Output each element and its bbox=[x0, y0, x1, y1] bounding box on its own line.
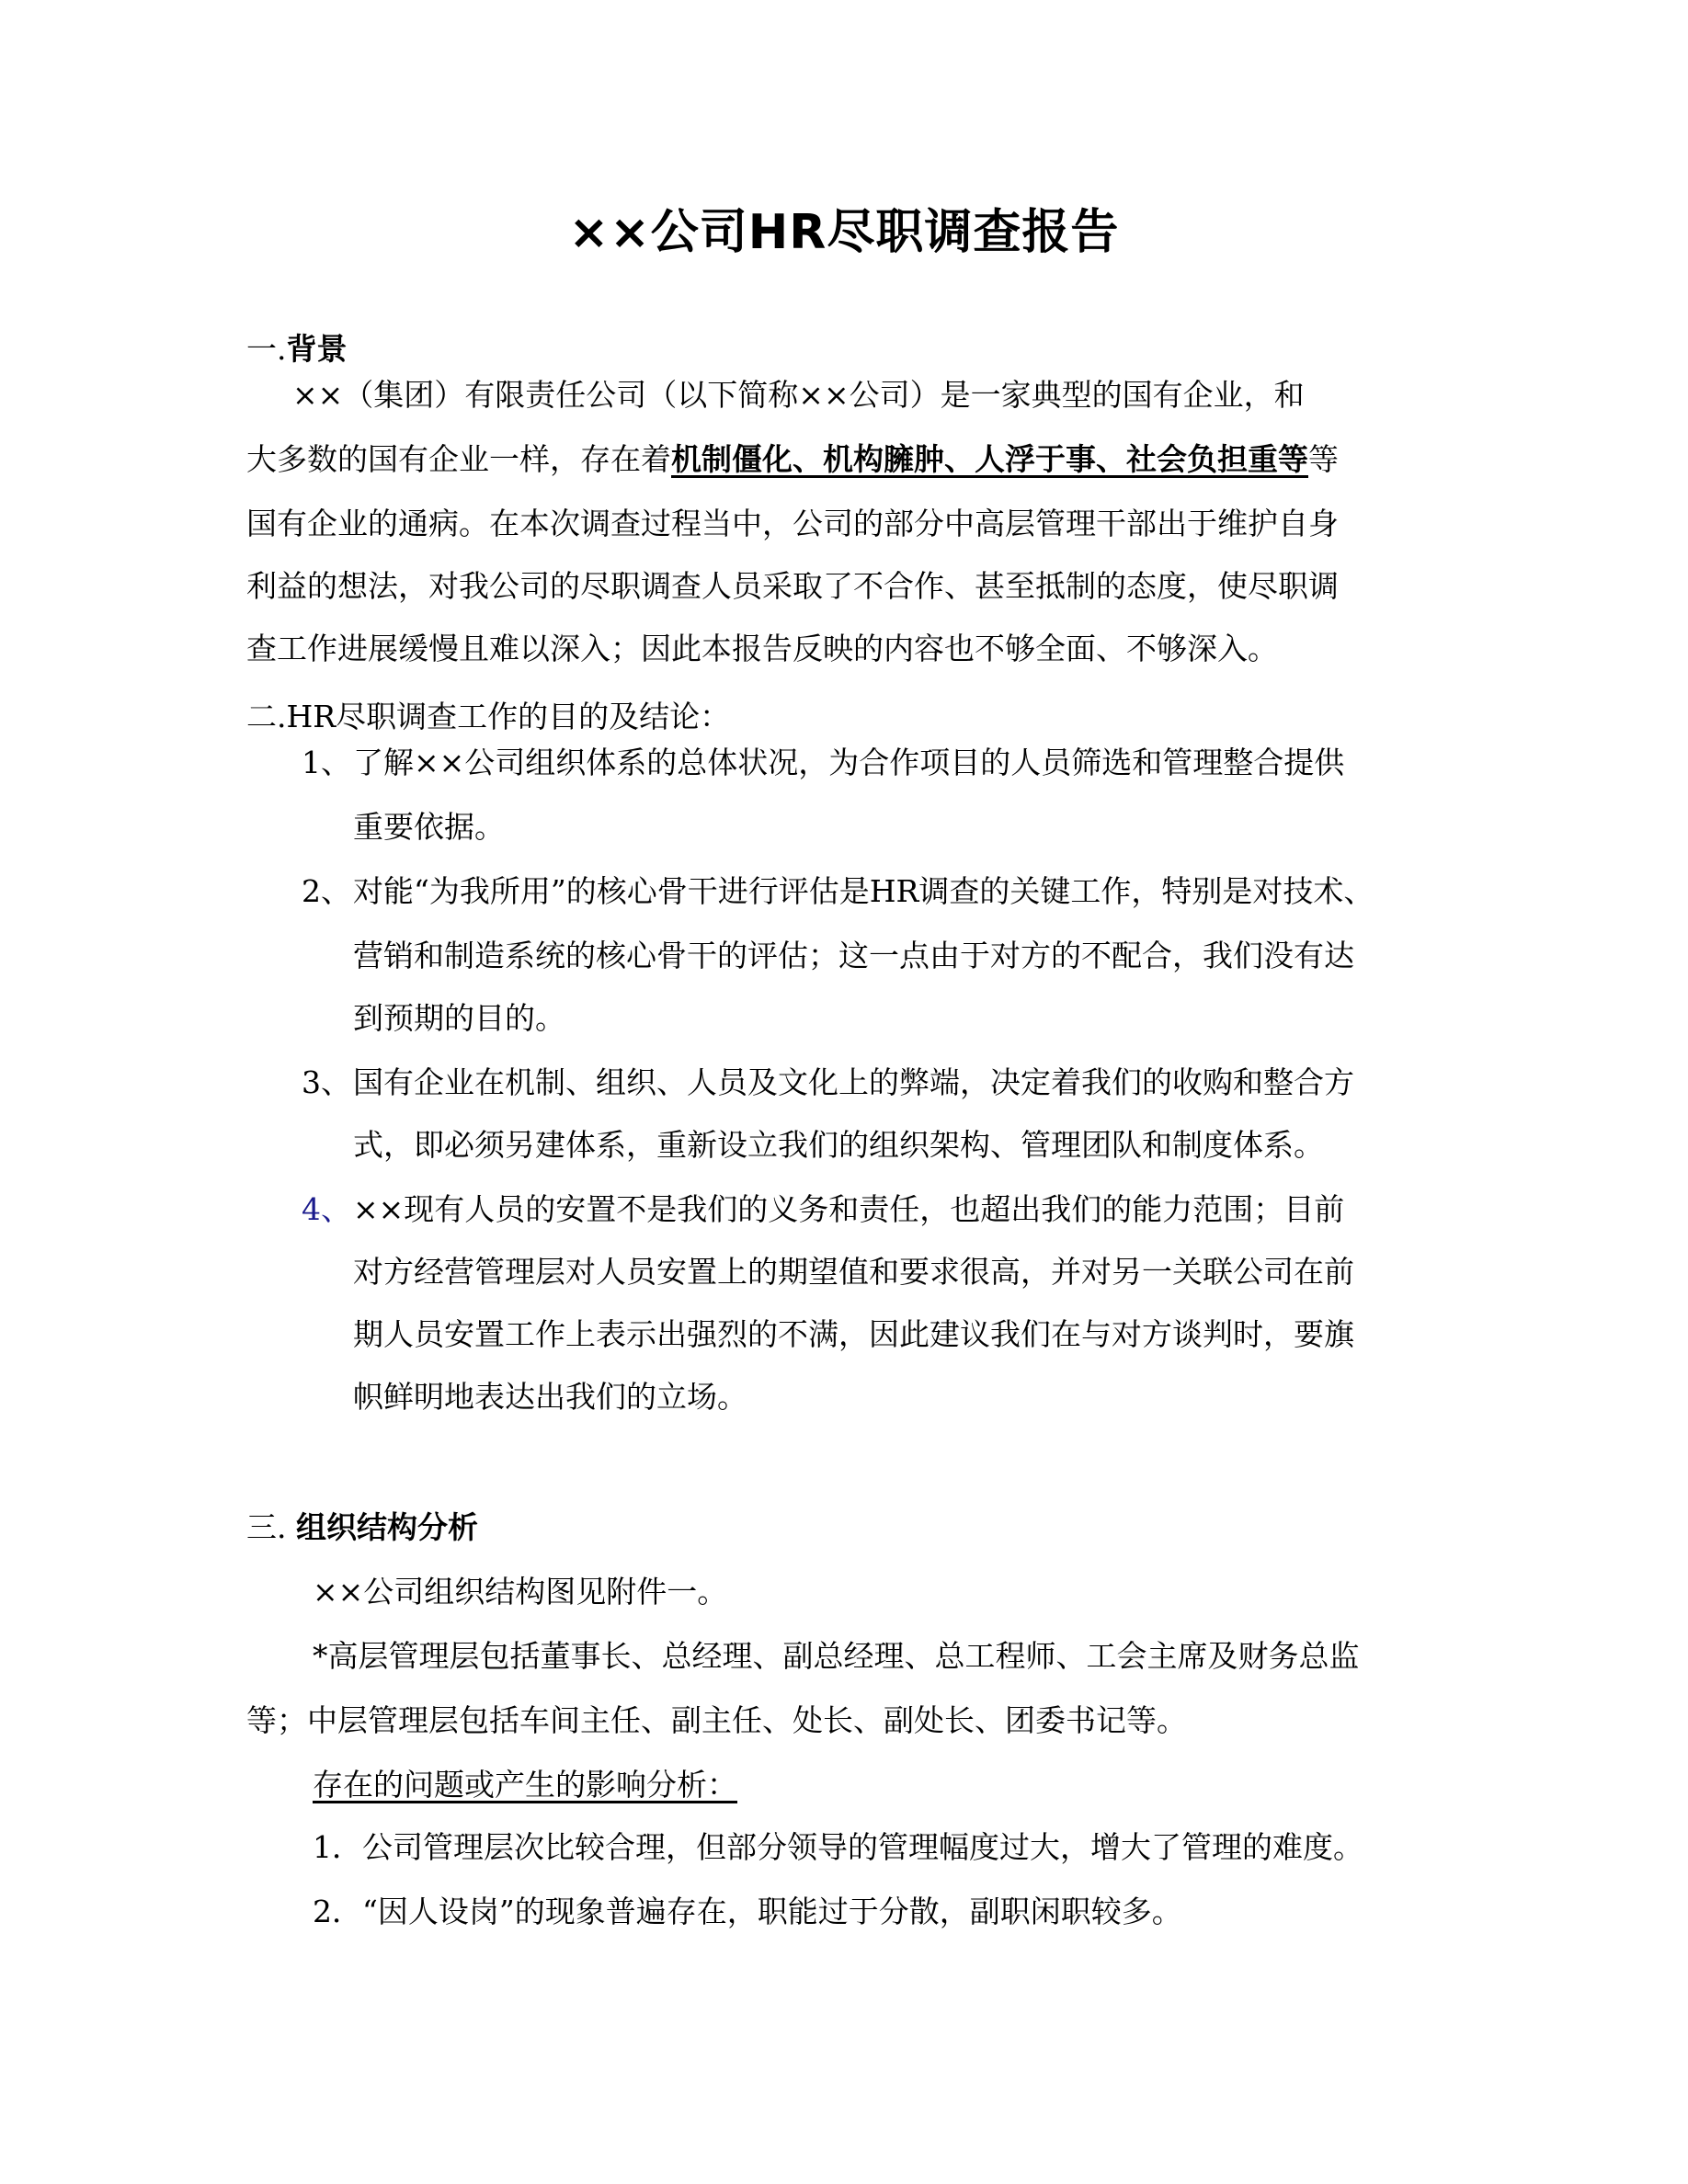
emphasized-text: 机制僵化、机构臃肿、人浮于事、社会负担重等 bbox=[671, 441, 1308, 477]
section-title: 背景 bbox=[287, 331, 348, 367]
list-line: 式，即必须另建体系，重新设立我们的组织架构、管理团队和制度体系。 bbox=[353, 1127, 1324, 1164]
list-line: 国有企业在机制、组织、人员及文化上的弊端，决定着我们的收购和整合方 bbox=[353, 1064, 1354, 1101]
list-number: 1、 bbox=[302, 745, 351, 781]
section-title: 组织结构分析 bbox=[296, 1509, 478, 1545]
text-run: 等 bbox=[1308, 441, 1339, 477]
paragraph-line: 查工作进展缓慢且难以深入；因此本报告反映的内容也不够全面、不够深入。 bbox=[246, 631, 1278, 667]
list-line: ××现有人员的安置不是我们的义务和责任，也超出我们的能力范围；目前 bbox=[353, 1191, 1344, 1228]
document-page: ××公司HR尽职调查报告 一.背景 ××（集团）有限责任公司（以下简称××公司）… bbox=[0, 0, 1688, 2184]
paragraph-line: 国有企业的通病。在本次调查过程当中，公司的部分中高层管理干部出于维护自身 bbox=[246, 506, 1339, 542]
text-run: 大多数的国有企业一样，存在着 bbox=[246, 441, 671, 477]
section-number: 一. bbox=[246, 331, 287, 367]
section-3-heading: 三. 组织结构分析 bbox=[246, 1509, 478, 1546]
paragraph-line: 大多数的国有企业一样，存在着机制僵化、机构臃肿、人浮于事、社会负担重等等 bbox=[246, 441, 1339, 478]
list-number: 3、 bbox=[302, 1064, 351, 1101]
list-number: 2、 bbox=[302, 873, 351, 910]
issue-item: 1．公司管理层次比较合理，但部分领导的管理幅度过大，增大了管理的难度。 bbox=[313, 1829, 1363, 1866]
section-title: HR尽职调查工作的目的及结论： bbox=[287, 699, 731, 734]
section-number: 三. bbox=[246, 1509, 287, 1545]
paragraph-line: *高层管理层包括董事长、总经理、副总经理、总工程师、工会主席及财务总监 bbox=[313, 1638, 1360, 1675]
list-line: 期人员安置工作上表示出强烈的不满，因此建议我们在与对方谈判时，要旗 bbox=[353, 1316, 1354, 1353]
paragraph-line: 利益的想法，对我公司的尽职调查人员采取了不合作、甚至抵制的态度，使尽职调 bbox=[246, 568, 1339, 605]
paragraph-line: 等；中层管理层包括车间主任、副主任、处长、副处长、团委书记等。 bbox=[246, 1702, 1187, 1739]
section-number: 二. bbox=[246, 699, 287, 734]
issue-item: 2．“因人设岗”的现象普遍存在，职能过于分散，副职闲职较多。 bbox=[313, 1894, 1182, 1930]
section-2-heading: 二.HR尽职调查工作的目的及结论： bbox=[246, 699, 730, 735]
section-1-heading: 一.背景 bbox=[246, 331, 348, 368]
paragraph-line: ××公司组织结构图见附件一。 bbox=[313, 1574, 727, 1610]
document-title: ××公司HR尽职调查报告 bbox=[0, 193, 1688, 262]
list-line: 营销和制造系统的核心骨干的评估；这一点由于对方的不配合，我们没有达 bbox=[353, 938, 1354, 974]
list-line: 重要依据。 bbox=[353, 809, 505, 846]
list-line: 对方经营管理层对人员安置上的期望值和要求很高，并对另一关联公司在前 bbox=[353, 1254, 1354, 1291]
list-line: 了解××公司组织体系的总体状况，为合作项目的人员筛选和管理整合提供 bbox=[353, 745, 1344, 781]
list-line: 到预期的目的。 bbox=[353, 1000, 565, 1037]
list-line: 对能“为我所用”的核心骨干进行评估是HR调查的关键工作，特别是对技术、 bbox=[353, 873, 1374, 910]
list-line: 帜鲜明地表达出我们的立场。 bbox=[353, 1379, 747, 1416]
subheading: 存在的问题或产生的影响分析： bbox=[313, 1767, 737, 1803]
paragraph-line: ××（集团）有限责任公司（以下简称××公司）是一家典型的国有企业，和 bbox=[292, 377, 1305, 414]
list-number: 4、 bbox=[302, 1191, 351, 1228]
